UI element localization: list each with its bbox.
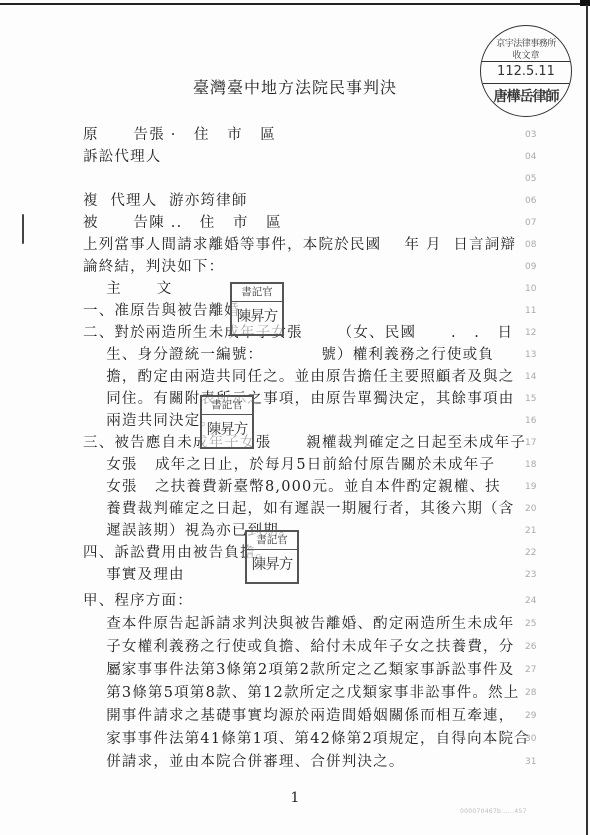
clerk-stamp-name: 陳昇方 [202, 415, 252, 446]
line-23: 事實及理由 [83, 564, 185, 586]
clerk-stamp: 書記官 陳昇方 [200, 395, 254, 449]
line-number: 26 [525, 636, 536, 658]
clerk-stamp-name: 陳昇方 [247, 550, 297, 581]
line-number: 08 [525, 234, 536, 256]
line-number: 04 [525, 146, 536, 168]
page-number: 1 [0, 790, 590, 806]
line-number: 05 [525, 168, 536, 190]
margin-pen-mark [22, 214, 24, 244]
line-number: 13 [525, 344, 536, 366]
scan-top-border [0, 3, 590, 5]
stamp-divider [481, 83, 571, 84]
line-number: 03 [525, 124, 536, 146]
line-number: 16 [525, 410, 536, 432]
document-page: 臺灣臺中地方法院民事判決 京宇法律事務所 收文章 112.5.11 唐樺岳律師 … [0, 0, 590, 835]
line-25: 查本件原告起訴請求判決與被告離婚、酌定兩造所生未成年 [83, 613, 514, 635]
stamp-lawyer: 唐樺岳律師 [481, 86, 571, 106]
line-number: 06 [525, 190, 536, 212]
line-17: 三、被告應自未成年子女張 親權裁判確定之日起至未成年子 [83, 432, 526, 454]
clerk-stamp-title: 書記官 [232, 284, 282, 302]
line-14: 擔，酌定由兩造共同任之。並由原告擔任主要照顧者及與之 [83, 366, 514, 388]
line-number: 19 [525, 476, 536, 498]
received-stamp: 京宇法律事務所 收文章 112.5.11 唐樺岳律師 [480, 25, 572, 117]
line-number: 31 [525, 751, 536, 773]
stamp-divider [481, 61, 571, 62]
line-19: 女張 之扶養費新臺幣8,000元。並自本件酌定親權、扶 [83, 476, 501, 498]
line-number: 11 [525, 300, 536, 322]
line-06: 複 代理人 游亦筠律師 [83, 190, 248, 212]
line-number: 28 [525, 682, 536, 704]
line-number: 12 [525, 322, 536, 344]
line-04: 訴訟代理人 [83, 146, 162, 168]
clerk-stamp-title: 書記官 [247, 532, 297, 550]
footer-code: 000070467b......457 [460, 808, 527, 815]
clerk-stamp: 書記官 陳昇方 [245, 530, 299, 584]
stamp-label: 收文章 [481, 48, 571, 61]
line-10: 主 文 [83, 278, 173, 300]
line-number: 18 [525, 454, 536, 476]
line-31: 併請求，並由本院合併審理、合併判決之。 [83, 751, 405, 773]
scan-right-border [586, 5, 588, 835]
stamp-date: 112.5.11 [481, 64, 571, 79]
line-number: 09 [525, 256, 536, 278]
line-28: 第3條第5項第8款、第12款所定之戊類家事非訟事件。然上 [83, 682, 519, 704]
line-number: 14 [525, 366, 536, 388]
line-18: 女張 成年之日止，於每月5日前給付原告關於未成年子 [83, 454, 495, 476]
line-03: 原 告張 · 住 市 區 [83, 124, 276, 146]
line-number: 27 [525, 659, 536, 681]
clerk-stamp-title: 書記官 [202, 397, 252, 415]
line-29: 開事件請求之基礎事實均源於兩造間婚姻關係而相互牽連， [83, 705, 514, 727]
line-09: 論終結，判決如下： [83, 256, 224, 278]
line-number: 15 [525, 388, 536, 410]
line-08: 上列當事人間請求離婚等事件，本院於民國 年 月 日言詞辯 [83, 234, 516, 256]
line-13: 生、身分證統一編號： 號）權利義務之行使或負 [83, 344, 494, 366]
line-number: 17 [525, 432, 536, 454]
line-number: 20 [525, 498, 536, 520]
line-30: 家事事件法第41條第1項、第42條第2項規定，自得向本院合 [83, 728, 530, 750]
line-07: 被 告陳 .. 住 市 區 [83, 212, 282, 234]
line-number: 25 [525, 613, 536, 635]
line-number: 23 [525, 564, 536, 586]
line-number: 29 [525, 705, 536, 727]
line-20: 養費裁判確定之日起，如有遲誤一期履行者，其後六期（含 [83, 498, 514, 520]
line-24: 甲、程序方面： [83, 590, 193, 612]
scan-corner-mark [580, 0, 590, 6]
line-26: 子女權利義務之行使或負擔、給付未成年子女之扶養費，分 [83, 636, 514, 658]
line-number: 07 [525, 212, 536, 234]
line-16: 兩造共同決定。 [83, 410, 216, 432]
line-12: 二、對於兩造所生未成年子女張 （女、民國 . . 日 [83, 322, 513, 344]
clerk-stamp-name: 陳昇方 [232, 302, 282, 333]
line-27: 屬家事事件法第3條第2項第2款所定之乙類家事訴訟事件及 [83, 659, 514, 681]
line-number: 22 [525, 542, 536, 564]
clerk-stamp: 書記官 陳昇方 [230, 282, 284, 336]
line-22: 四、訴訟費用由被告負擔。 [83, 542, 271, 564]
line-number: 10 [525, 278, 536, 300]
line-number: 30 [525, 728, 536, 750]
line-number: 21 [525, 520, 536, 542]
line-15: 同住。有關附表所示之事項，由原告單獨決定，其餘事項由 [83, 388, 514, 410]
line-number: 24 [525, 590, 536, 612]
